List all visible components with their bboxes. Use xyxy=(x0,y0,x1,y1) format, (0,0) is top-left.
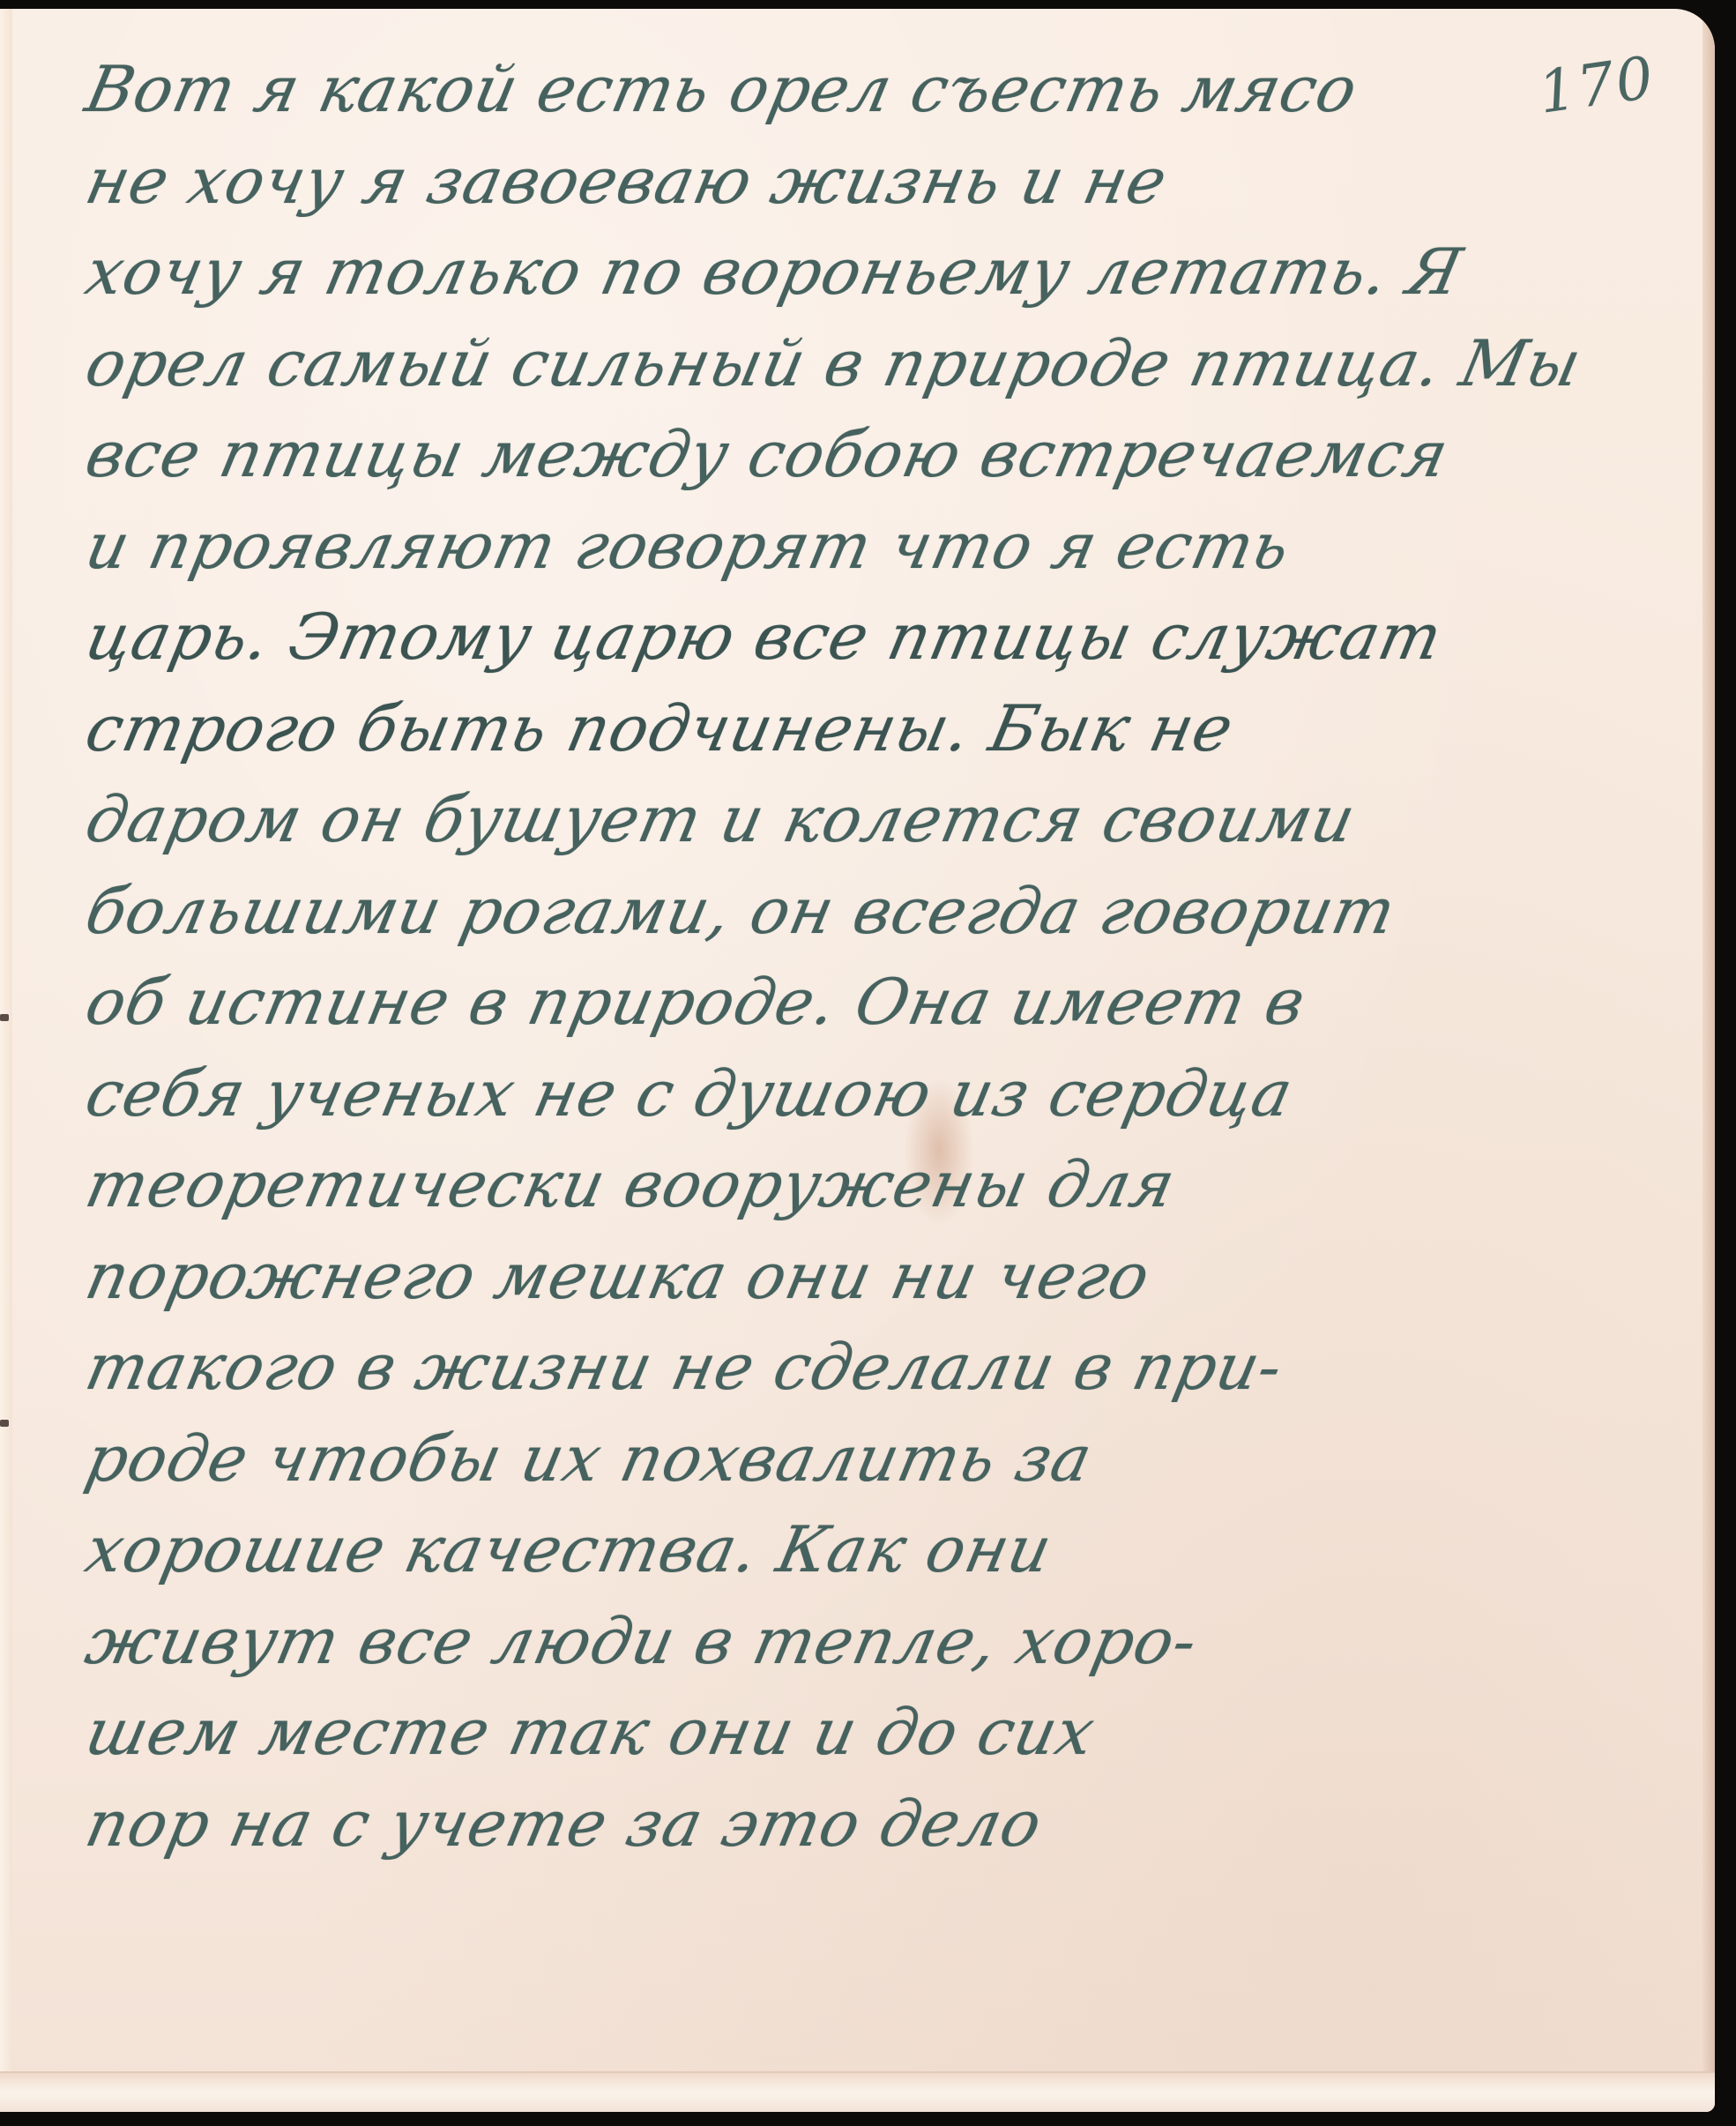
scanned-document: 170 Вот я какой есть орел съесть мясо не… xyxy=(0,0,1736,2126)
page-bottom-edge xyxy=(0,2071,1715,2112)
page-binding-edge xyxy=(0,9,12,2112)
text-line: царь. Этому царю все птицы служат xyxy=(78,592,1684,683)
page-right-edge xyxy=(1702,9,1715,2112)
binding-staple-mark xyxy=(0,1014,9,1021)
text-line: шем месте так они и до сих xyxy=(78,1687,1684,1779)
text-line: не хочу я завоеваю жизнь и не xyxy=(78,136,1684,228)
text-line: пор на с учете за это дело xyxy=(78,1779,1684,1870)
text-line: все птицы между собою встречаемся xyxy=(78,409,1684,501)
text-line: большими рогами, он всегда говорит xyxy=(78,866,1684,958)
text-line: себя ученых не с душою из сердца xyxy=(78,1048,1684,1140)
text-line: строго быть подчинены. Бык не xyxy=(78,683,1684,775)
text-line: орел самый сильный в природе птица. Мы xyxy=(78,318,1684,410)
text-line: теоретически вооружены для xyxy=(78,1139,1684,1231)
text-line: даром он бушует и колется своими xyxy=(78,774,1684,866)
handwritten-text-block: Вот я какой есть орел съесть мясо не хоч… xyxy=(78,44,1665,1869)
binding-staple-mark xyxy=(0,1420,9,1427)
text-line: живут все люди в тепле, хоро- xyxy=(78,1596,1684,1688)
text-line: такого в жизни не сделали в при- xyxy=(78,1322,1684,1414)
text-line: роде чтобы их похвалить за xyxy=(78,1414,1684,1505)
text-line: порожнего мешка они ни чего xyxy=(78,1231,1684,1323)
notebook-page: 170 Вот я какой есть орел съесть мясо не… xyxy=(0,9,1715,2112)
text-line: Вот я какой есть орел съесть мясо xyxy=(78,44,1684,136)
text-line: хочу я только по вороньему летать. Я xyxy=(78,227,1684,318)
text-line: и проявляют говорят что я есть xyxy=(78,501,1684,593)
text-line: хорошие качества. Как они xyxy=(78,1504,1684,1596)
text-line: об истине в природе. Она имеет в xyxy=(78,957,1684,1048)
